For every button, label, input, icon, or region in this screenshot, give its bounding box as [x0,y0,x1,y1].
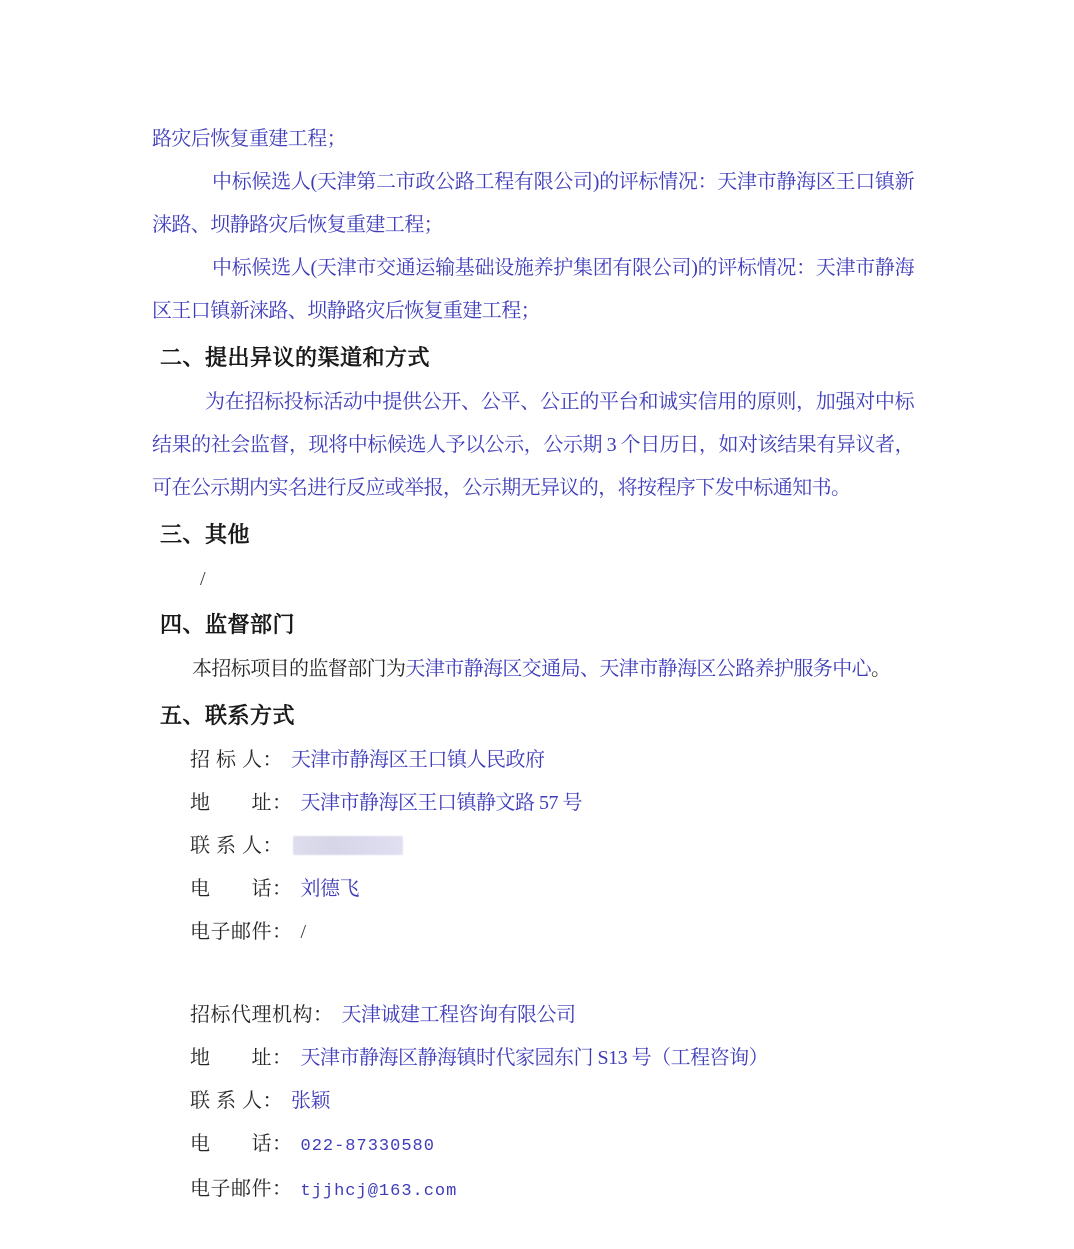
agency-phone-label: 电 话： [190,1133,293,1155]
contact-person-label: 联 系 人： [190,835,283,857]
email-label: 电子邮件： [190,921,293,943]
paragraph-continuation: 路灾后恢复重建工程； [152,118,914,161]
paragraph-objection-body: 为在招标投标活动中提供公开、公平、公正的平台和诚实信用的原则，加强对中标结果的社… [152,381,914,510]
phone-label: 电 话： [190,878,293,900]
tenderer-contact-block: 招 标 人：天津市静海区王口镇人民政府 地 址：天津市静海区王口镇静文路 57 … [152,739,914,954]
supervisory-departments: 天津市静海区交通局、天津市静海区公路养护服务中心 [405,658,871,680]
agency-email-row: 电子邮件：tjjhcj@163.com [152,1168,914,1213]
paragraph-candidate-2: 中标候选人(天津市交通运输基础设施养护集团有限公司)的评标情况：天津市静海区王口… [152,247,914,333]
tenderer-address-row: 地 址：天津市静海区王口镇静文路 57 号 [152,782,914,825]
tenderer-phone-value: 刘德飞 [301,878,360,900]
other-section-placeholder: / [152,558,914,600]
section-heading-other: 三、其他 [152,515,914,555]
agency-contact-person-label: 联 系 人： [190,1090,283,1112]
paragraph-supervisory-body: 本招标项目的监督部门为天津市静海区交通局、天津市静海区公路养护服务中心。 [152,648,914,691]
address-label: 地 址： [190,792,293,814]
tenderer-phone-row: 电 话：刘德飞 [152,868,914,911]
section-heading-contact-info: 五、联系方式 [152,696,914,736]
agency-address-label: 地 址： [190,1047,293,1069]
supervisory-text-prefix: 本招标项目的监督部门为 [192,658,405,680]
agency-email-value: tjjhcj@163.com [301,1182,458,1201]
agency-address: 天津市静海区静海镇时代家园东门 S13 号（工程咨询） [301,1047,769,1069]
redacted-contact-name [293,836,403,855]
agency-phone-value: 022-87330580 [301,1137,435,1156]
tenderer-label: 招 标 人： [190,749,283,771]
section-heading-supervisory-department: 四、监督部门 [152,605,914,645]
paragraph-candidate-1: 中标候选人(天津第二市政公路工程有限公司)的评标情况：天津市静海区王口镇新涞路、… [152,161,914,247]
tenderer-name: 天津市静海区王口镇人民政府 [291,749,545,771]
agency-phone-row: 电 话：022-87330580 [152,1123,914,1168]
agency-address-row: 地 址：天津市静海区静海镇时代家园东门 S13 号（工程咨询） [152,1037,914,1080]
tenderer-email-value: / [301,921,306,943]
supervisory-text-suffix: 。 [871,658,890,680]
agency-contact-person: 张颖 [291,1090,330,1112]
tenderer-row: 招 标 人：天津市静海区王口镇人民政府 [152,739,914,782]
tenderer-email-row: 电子邮件：/ [152,911,914,954]
agency-contact-person-row: 联 系 人：张颖 [152,1080,914,1123]
agency-row: 招标代理机构：天津诚建工程咨询有限公司 [152,994,914,1037]
document-content: 路灾后恢复重建工程； 中标候选人(天津第二市政公路工程有限公司)的评标情况：天津… [152,118,914,1213]
tenderer-address: 天津市静海区王口镇静文路 57 号 [301,792,583,814]
section-heading-objection-channels: 二、提出异议的渠道和方式 [152,338,914,378]
tenderer-contact-person-row: 联 系 人： [152,825,914,868]
agency-email-label: 电子邮件： [190,1178,293,1200]
agency-name: 天津诚建工程咨询有限公司 [342,1004,576,1026]
document-page: 路灾后恢复重建工程； 中标候选人(天津第二市政公路工程有限公司)的评标情况：天津… [0,0,1074,1249]
agency-label: 招标代理机构： [190,1004,334,1026]
agency-contact-block: 招标代理机构：天津诚建工程咨询有限公司 地 址：天津市静海区静海镇时代家园东门 … [152,994,914,1213]
